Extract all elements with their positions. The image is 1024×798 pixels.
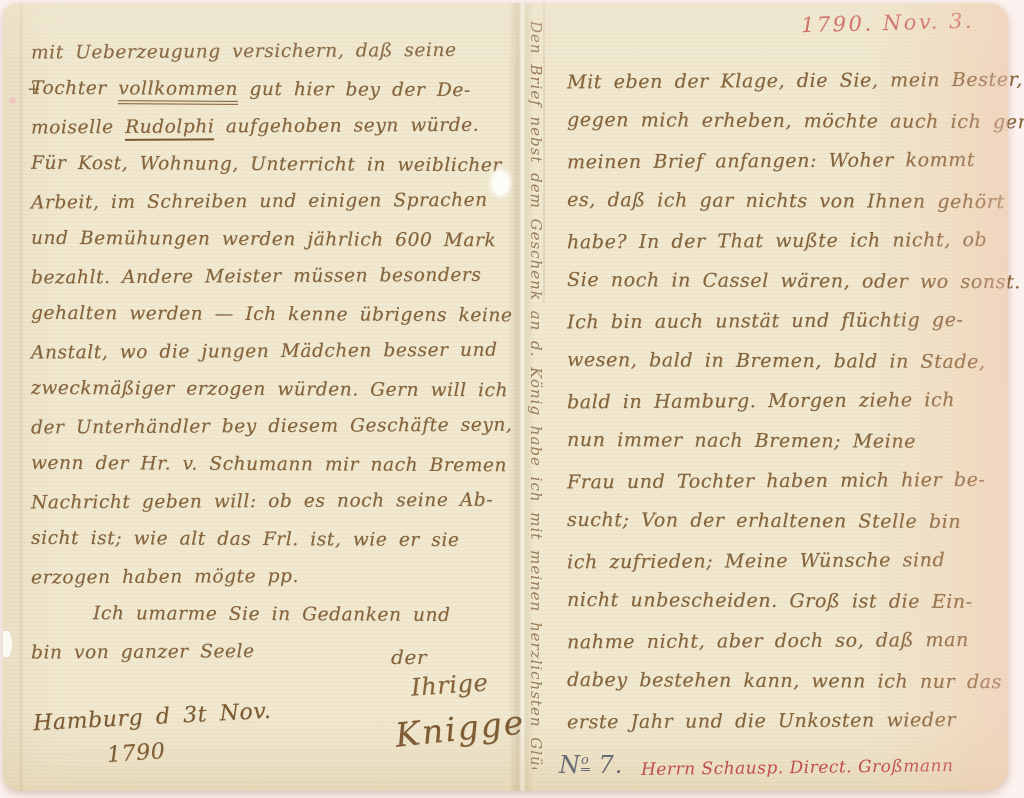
letter-line: Mit eben der Klage, die Sie, mein Bester… — [567, 60, 1003, 103]
archival-date-annotation: 1790. Nov. 3. — [801, 9, 975, 38]
letter-line: bin von ganzer Seele — [31, 632, 509, 672]
dateline-place-date: Hamburg d 3t Nov. — [33, 699, 272, 736]
left-fold-crease — [19, 3, 23, 791]
letter-line: bald in Hamburg. Morgen ziehe ich — [567, 380, 1003, 423]
letter-line: gegen mich erheben, möchte auch ich gern — [567, 100, 1003, 142]
underlined-word: Rudolphi — [125, 116, 214, 141]
letter-line: Ich bin auch unstät und flüchtig ge- — [567, 300, 1003, 343]
letter-line: erste Jahr und die Unkosten wieder — [567, 700, 1003, 743]
right-page-text: Mit eben der Klage, die Sie, mein Bester… — [567, 61, 1003, 741]
archive-number-value: 7. — [598, 751, 623, 779]
letter-line: dabey bestehen kann, wenn ich nur das — [567, 660, 1003, 702]
scanned-letter: + mit Ueberzeugung versichern, daß seine… — [0, 0, 1024, 798]
letter-line: Frau und Tochter haben mich hier be- — [567, 460, 1003, 503]
letter-line: ich zufrieden; Meine Wünsche sind — [567, 540, 1003, 583]
letter-line: wesen, bald in Bremen, bald in Stade, — [567, 340, 1003, 382]
letter-line: nicht unbescheiden. Groß ist die Ein- — [567, 580, 1003, 622]
letter-line: Ich umarme Sie in Gedanken und — [31, 594, 509, 634]
letter-line: Arbeit, im Schreiben und einigen Sprache… — [31, 182, 509, 222]
closing-word-der: der — [391, 645, 427, 669]
letter-line: wenn der Hr. v. Schumann mir nach Bremen — [31, 444, 509, 484]
paper-damage-spot — [9, 97, 16, 104]
letter-line: zweckmäßiger erzogen würden. Gern will i… — [31, 369, 509, 409]
closing-word-ihrige: Ihrige — [410, 668, 489, 701]
letter-line: Anstalt, wo die jungen Mädchen besser un… — [31, 332, 509, 372]
letter-line: Sie noch in Cassel wären, oder wo sonst. — [567, 260, 1003, 302]
letter-line: mit Ueberzeugung versichern, daß seine — [31, 32, 509, 72]
letter-line: moiselle Rudolphi aufgehoben seyn würde. — [31, 107, 509, 147]
paper-sheet: + mit Ueberzeugung versichern, daß seine… — [3, 3, 1008, 791]
archive-number-sup: o — [581, 753, 590, 771]
right-page: Den Brief nebst dem Geschenk an d. König… — [523, 3, 1008, 791]
dateline-year: 1790 — [106, 739, 166, 768]
bottom-annotations: No 7. Herrn Schausp. Direct. Großmann — [559, 751, 999, 779]
letter-line: sicht ist; wie alt das Frl. ist, wie er … — [31, 519, 509, 559]
archive-number: No 7. — [559, 751, 623, 779]
letter-line: gehalten werden — Ich kenne übrigens kei… — [31, 294, 509, 334]
letter-line: habe? In der That wußte ich nicht, ob — [567, 220, 1003, 263]
margin-note: Den Brief nebst dem Geschenk an d. König… — [527, 21, 545, 769]
letter-line: und Bemühungen werden jährlich 600 Mark — [31, 219, 509, 259]
letter-line: nahme nicht, aber doch so, daß man — [567, 620, 1003, 663]
letter-line: bezahlt. Andere Meister müssen besonders — [31, 257, 509, 297]
signature: Knigge — [393, 702, 527, 754]
letter-line: erzogen haben mögte pp. — [31, 557, 509, 597]
left-page-text: mit Ueberzeugung versichern, daß seineTo… — [31, 33, 509, 671]
paper-damage-spot — [3, 631, 12, 657]
letter-line: nun immer nach Bremen; Meine — [567, 420, 1003, 462]
letter-line: meinen Brief anfangen: Woher kommt — [567, 140, 1003, 183]
recipient-annotation: Herrn Schausp. Direct. Großmann — [641, 756, 954, 780]
letter-line: der Unterhändler bey diesem Geschäfte se… — [31, 407, 509, 447]
paper-damage-spot — [492, 171, 509, 195]
letter-line: sucht; Von der erhaltenen Stelle bin — [567, 500, 1003, 542]
letter-line: Tochter vollkommen gut hier bey der De- — [31, 69, 509, 109]
letter-line: Für Kost, Wohnung, Unterricht in weiblic… — [31, 144, 509, 184]
underlined-word: vollkommen — [118, 78, 238, 105]
archive-number-prefix: N — [559, 751, 581, 779]
letter-line: Nachricht geben will: ob es noch seine A… — [31, 482, 509, 522]
letter-line: es, daß ich gar nichts von Ihnen gehört — [567, 180, 1003, 222]
